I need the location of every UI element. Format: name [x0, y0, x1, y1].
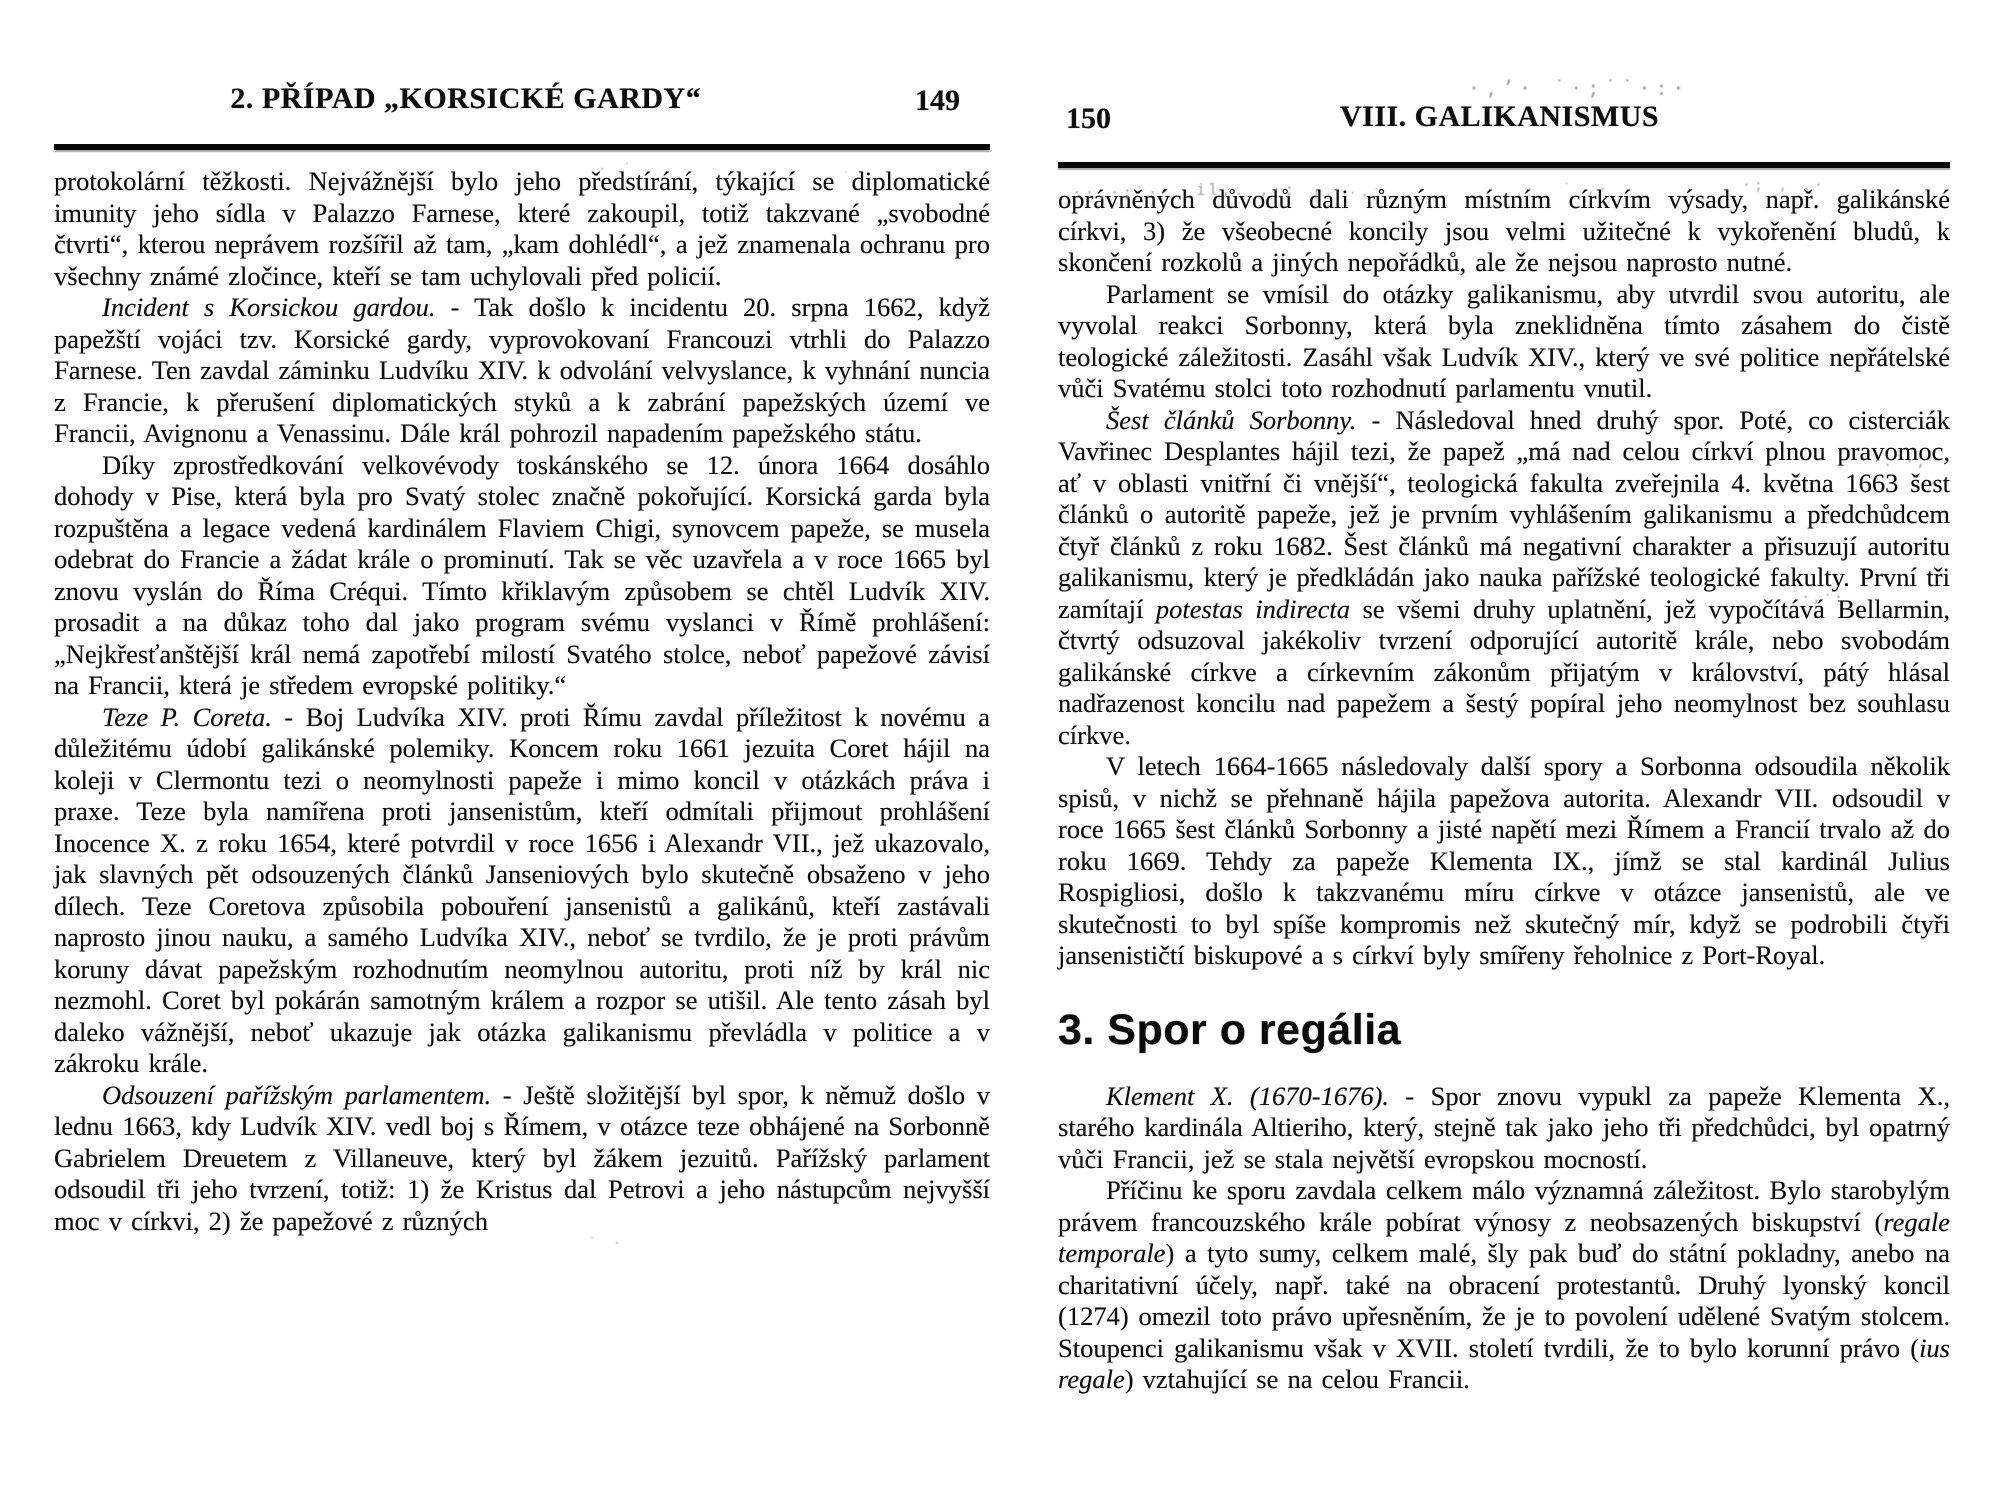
pencil-marks-above-header: ·,ʼ· ˙·;˙˙·:·: [1468, 76, 1690, 100]
paragraph: Příčinu ke sporu zavdala celkem málo výz…: [1058, 1175, 1950, 1396]
italic-lead-text: Odsouzení pařížským parlamentem.: [102, 1080, 491, 1110]
page-header-left: 2. PŘÍPAD „KORSICKÉ GARDY“ 149: [54, 82, 990, 150]
italic-lead-text: Klement X. (1670-1676).: [1106, 1081, 1389, 1111]
body-text: Příčinu ke sporu zavdala celkem málo výz…: [1058, 1175, 1950, 1237]
paragraph: Díky zprostředkování velkovévody toskáns…: [54, 450, 990, 702]
italic-lead-text: Incident s Korsickou gardou.: [102, 292, 436, 322]
body-text: V letech 1664-1665 následovaly další spo…: [1058, 751, 1950, 970]
paragraph: V letech 1664-1665 následovaly další spo…: [1058, 751, 1950, 972]
page-header-right: 150 VIII. GALIKANISMUS: [1058, 100, 1950, 168]
page-number-149: 149: [915, 84, 960, 118]
page-body-right: oprávněných důvodů dali různým místním c…: [1058, 184, 1950, 1396]
section-heading: 3. Spor o regália: [1058, 1006, 1950, 1055]
running-title-right: VIII. GALIKANISMUS: [1340, 100, 1659, 134]
page-150: 150 VIII. GALIKANISMUS oprávněných důvod…: [1058, 100, 1950, 1396]
paragraph: Klement X. (1670-1676). - Spor znovu vyp…: [1058, 1081, 1950, 1176]
body-text: Díky zprostředkování velkovévody toskáns…: [54, 450, 990, 701]
page-body-left: protokolární těžkosti. Nejvážnější bylo …: [54, 166, 990, 1237]
paragraph: Teze P. Coreta. - Boj Ludvíka XIV. proti…: [54, 702, 990, 1080]
paragraph: Parlament se vmísil do otázky galikanism…: [1058, 279, 1950, 405]
italic-lead-text: Šest článků Sorbonny.: [1106, 405, 1356, 435]
page-number-150: 150: [1066, 102, 1111, 136]
body-text: - Následoval hned druhý spor. Poté, co c…: [1058, 405, 1950, 624]
header-rule-right: [1058, 162, 1950, 168]
paragraph: Šest článků Sorbonny. - Následoval hned …: [1058, 405, 1950, 752]
scanned-book-spread: { "left_page": { "header_title": "2. PŘÍ…: [0, 0, 2006, 1500]
body-text: protokolární těžkosti. Nejvážnější bylo …: [54, 166, 990, 291]
scan-smudge: ˙ ·: [588, 1236, 625, 1252]
paragraph: protokolární těžkosti. Nejvážnější bylo …: [54, 166, 990, 292]
body-text: ) a tyto sumy, celkem malé, šly pak buď …: [1058, 1238, 1950, 1363]
body-text: ) vztahující se na celou Francii.: [1125, 1364, 1470, 1394]
body-text: - Boj Ludvíka XIV. proti Římu zavdal pří…: [54, 702, 990, 1079]
body-text: oprávněných důvodů dali různým místním c…: [1058, 184, 1950, 277]
paragraph: Odsouzení pařížským parlamentem. - Ještě…: [54, 1080, 990, 1238]
header-rule-left: [54, 144, 990, 150]
running-title-left: 2. PŘÍPAD „KORSICKÉ GARDY“: [230, 82, 701, 116]
body-text: Parlament se vmísil do otázky galikanism…: [1058, 279, 1950, 404]
paragraph: oprávněných důvodů dali různým místním c…: [1058, 184, 1950, 279]
page-149: 2. PŘÍPAD „KORSICKÉ GARDY“ 149 protokolá…: [54, 82, 990, 1237]
italic-lead-text: Teze P. Coreta.: [102, 702, 272, 732]
italic-lead-text: potestas indirecta: [1156, 594, 1350, 624]
paragraph: Incident s Korsickou gardou. - Tak došlo…: [54, 292, 990, 450]
